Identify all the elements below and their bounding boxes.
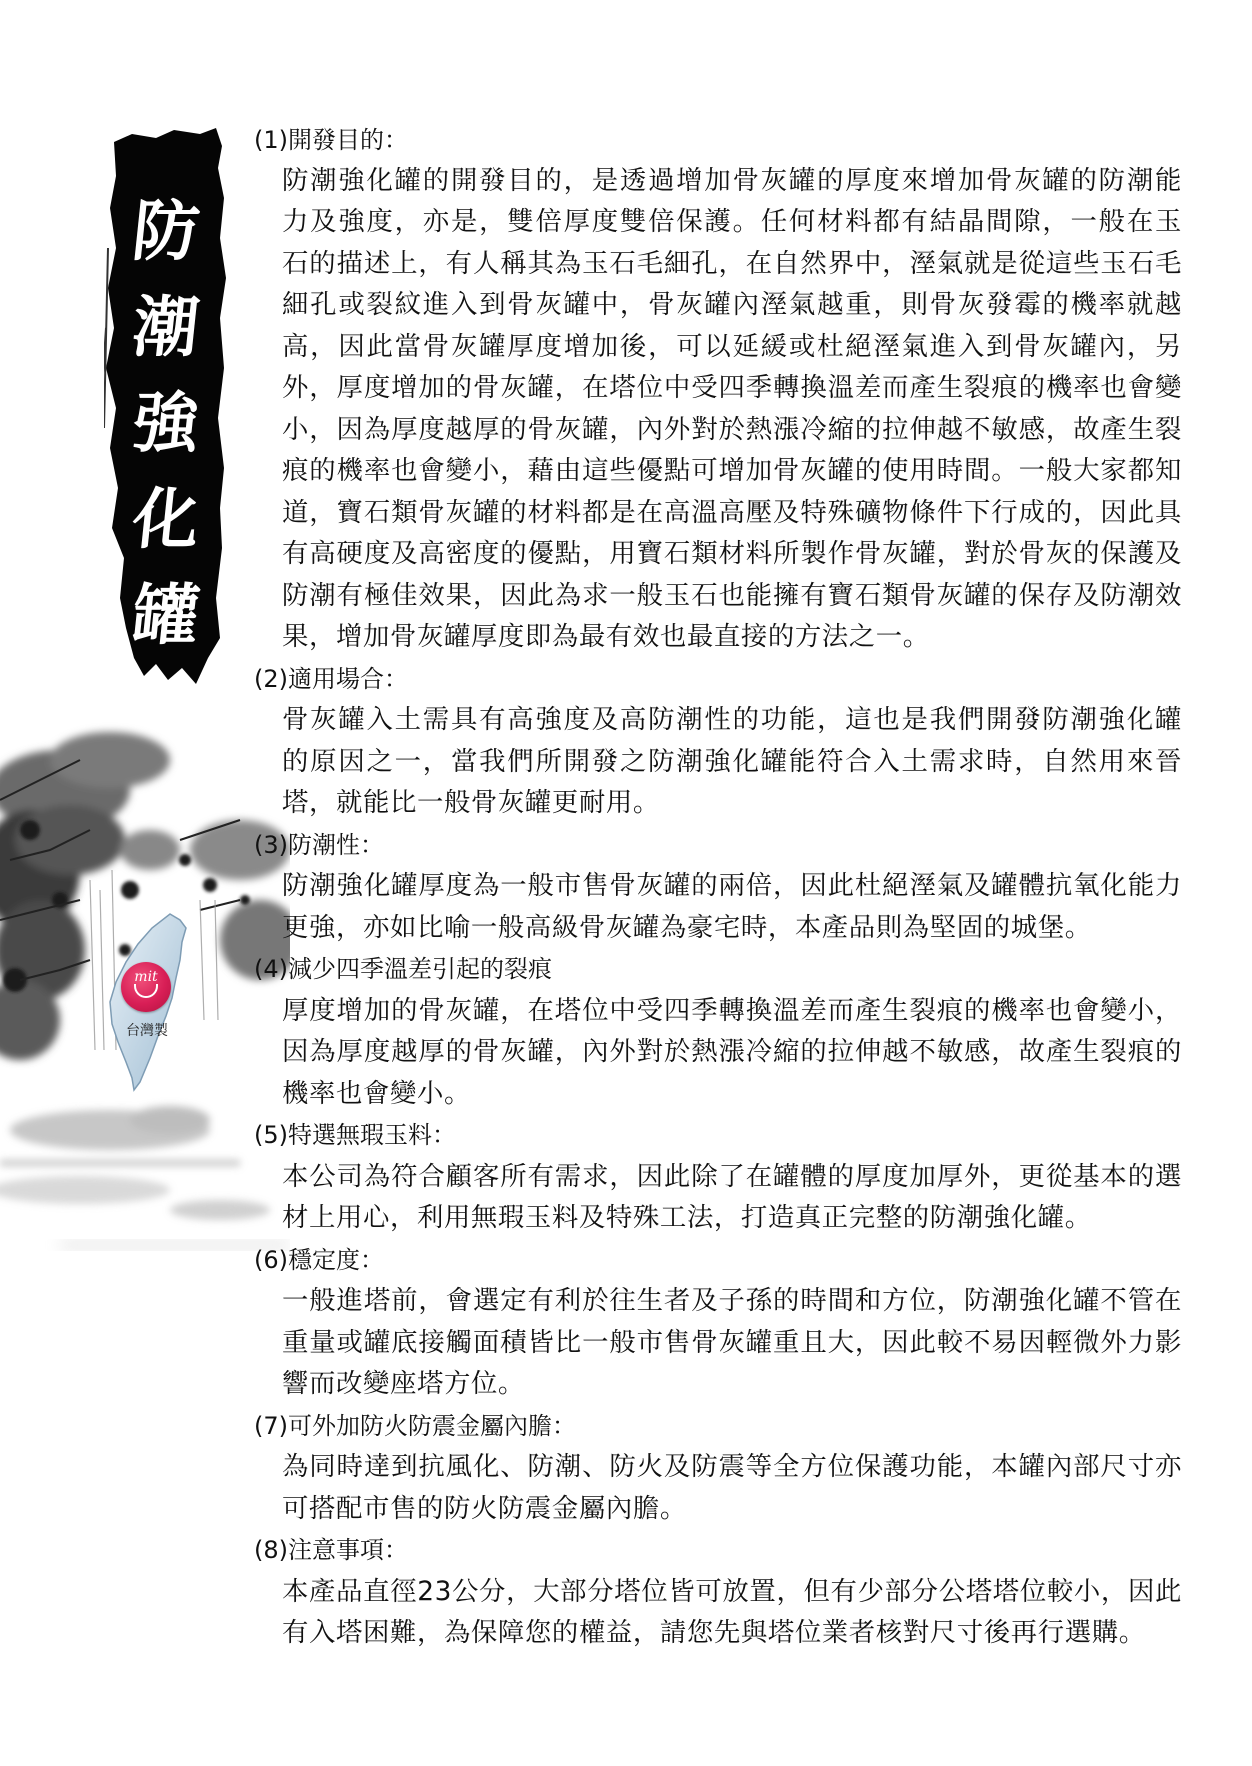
paragraph-line: 道，寶石類骨灰罐的材料都是在高溫高壓及特殊礦物條件下行成的，因此具 <box>282 496 1182 530</box>
paragraph-line: 塔，就能比一般骨灰罐更耐用。 <box>282 786 1182 820</box>
section-heading: (1)開發目的： <box>254 123 408 157</box>
section-heading: (8)注意事項： <box>254 1533 408 1567</box>
section-heading: (3)防潮性： <box>254 828 384 862</box>
paragraph-line: 材上用心，利用無瑕玉料及特殊工法，打造真正完整的防潮強化罐。 <box>282 1201 1182 1235</box>
paragraph-line: 果，增加骨灰罐厚度即為最有效也最直接的方法之一。 <box>282 620 1182 654</box>
paragraph-line: 外，厚度增加的骨灰罐，在塔位中受四季轉換溫差而產生裂痕的機率也會變 <box>282 371 1182 405</box>
paragraph-line: 一般進塔前，會選定有利於往生者及子孫的時間和方位，防潮強化罐不管在 <box>282 1284 1182 1318</box>
document-body: (1)開發目的： 防潮強化罐的開發目的，是透過增加骨灰罐的厚度來增加骨灰罐的防潮… <box>0 0 1252 1766</box>
paragraph-line: 本公司為符合顧客所有需求，因此除了在罐體的厚度加厚外，更從基本的選 <box>282 1160 1182 1194</box>
paragraph-line: 重量或罐底接觸面積皆比一般市售骨灰罐重且大，因此較不易因輕微外力影 <box>282 1326 1182 1360</box>
paragraph-line: 有高硬度及高密度的優點，用寶石類材料所製作骨灰罐，對於骨灰的保護及 <box>282 537 1182 571</box>
paragraph-line: 有入塔困難，為保障您的權益，請您先與塔位業者核對尺寸後再行選購。 <box>282 1616 1182 1650</box>
paragraph-line: 為同時達到抗風化、防潮、防火及防震等全方位保護功能，本罐內部尺寸亦 <box>282 1450 1182 1484</box>
paragraph-line: 本產品直徑23公分，大部分塔位皆可放置，但有少部分公塔塔位較小，因此 <box>282 1575 1182 1609</box>
paragraph-line: 更強，亦如比喻一般高級骨灰罐為豪宅時，本產品則為堅固的城堡。 <box>282 911 1182 945</box>
section-heading: (2)適用場合： <box>254 662 408 696</box>
paragraph-line: 防潮有極佳效果，因此為求一般玉石也能擁有寶石類骨灰罐的保存及防潮效 <box>282 579 1182 613</box>
paragraph-line: 防潮強化罐的開發目的，是透過增加骨灰罐的厚度來增加骨灰罐的防潮能 <box>282 164 1182 198</box>
paragraph-line: 厚度增加的骨灰罐，在塔位中受四季轉換溫差而產生裂痕的機率也會變小， <box>282 994 1182 1028</box>
paragraph-line: 響而改變座塔方位。 <box>282 1367 1182 1401</box>
section-heading: (6)穩定度： <box>254 1243 384 1277</box>
paragraph-line: 力及強度，亦是，雙倍厚度雙倍保護。任何材料都有結晶間隙，一般在玉 <box>282 205 1182 239</box>
section-heading: (7)可外加防火防震金屬內膽： <box>254 1409 576 1443</box>
paragraph-line: 小，因為厚度越厚的骨灰罐，內外對於熱漲冷縮的拉伸越不敏感，故產生裂 <box>282 413 1182 447</box>
paragraph-line: 可搭配市售的防火防震金屬內膽。 <box>282 1492 1182 1526</box>
section-heading: (5)特選無瑕玉料： <box>254 1118 456 1152</box>
paragraph-line: 石的描述上，有人稱其為玉石毛細孔，在自然界中，溼氣就是從這些玉石毛 <box>282 247 1182 281</box>
paragraph-line: 痕的機率也會變小，藉由這些優點可增加骨灰罐的使用時間。一般大家都知 <box>282 454 1182 488</box>
section-heading: (4)減少四季溫差引起的裂痕 <box>254 952 552 986</box>
paragraph-line: 骨灰罐入土需具有高強度及高防潮性的功能，這也是我們開發防潮強化罐 <box>282 703 1182 737</box>
paragraph-line: 因為厚度越厚的骨灰罐，內外對於熱漲冷縮的拉伸越不敏感，故產生裂痕的 <box>282 1035 1182 1069</box>
paragraph-line: 防潮強化罐厚度為一般市售骨灰罐的兩倍，因此杜絕溼氣及罐體抗氧化能力 <box>282 869 1182 903</box>
paragraph-line: 機率也會變小。 <box>282 1077 1182 1111</box>
paragraph-line: 的原因之一，當我們所開發之防潮強化罐能符合入土需求時，自然用來晉 <box>282 745 1182 779</box>
paragraph-line: 高，因此當骨灰罐厚度增加後，可以延緩或杜絕溼氣進入到骨灰罐內，另 <box>282 330 1182 364</box>
paragraph-line: 細孔或裂紋進入到骨灰罐中，骨灰罐內溼氣越重，則骨灰發霉的機率就越 <box>282 288 1182 322</box>
